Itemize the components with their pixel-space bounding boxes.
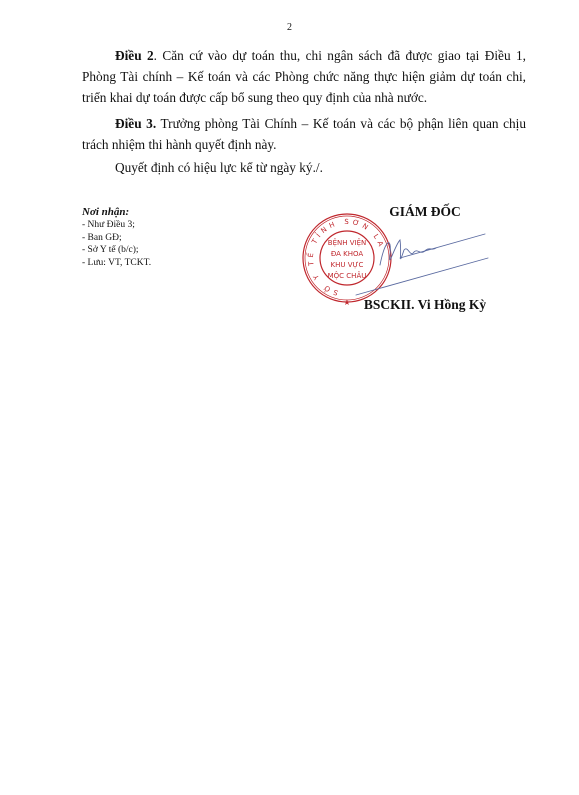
recipient-item: - Như Điều 3; [82, 219, 151, 232]
article-3: Điều 3. Trưởng phòng Tài Chính – Kế toán… [82, 113, 526, 155]
recipient-item: - Ban GĐ; [82, 232, 151, 245]
article-2-label: Điều 2 [115, 48, 154, 63]
recipients-block: Nơi nhận: - Như Điều 3; - Ban GĐ; - Sở Y… [82, 205, 151, 269]
signer-name: BSCKII. Vi Hồng Kỳ [340, 297, 510, 313]
closing-statement: Quyết định có hiệu lực kể từ ngày ký./. [82, 157, 526, 178]
article-3-label: Điều 3. [115, 116, 156, 131]
recipient-item: - Sở Y tế (b/c); [82, 244, 151, 257]
recipients-heading: Nơi nhận: [82, 205, 151, 219]
page-number: 2 [0, 22, 579, 33]
article-2: Điều 2. Căn cứ vào dự toán thu, chi ngân… [82, 45, 526, 108]
recipient-item: - Lưu: VT, TCKT. [82, 257, 151, 270]
signature-icon [340, 220, 490, 300]
